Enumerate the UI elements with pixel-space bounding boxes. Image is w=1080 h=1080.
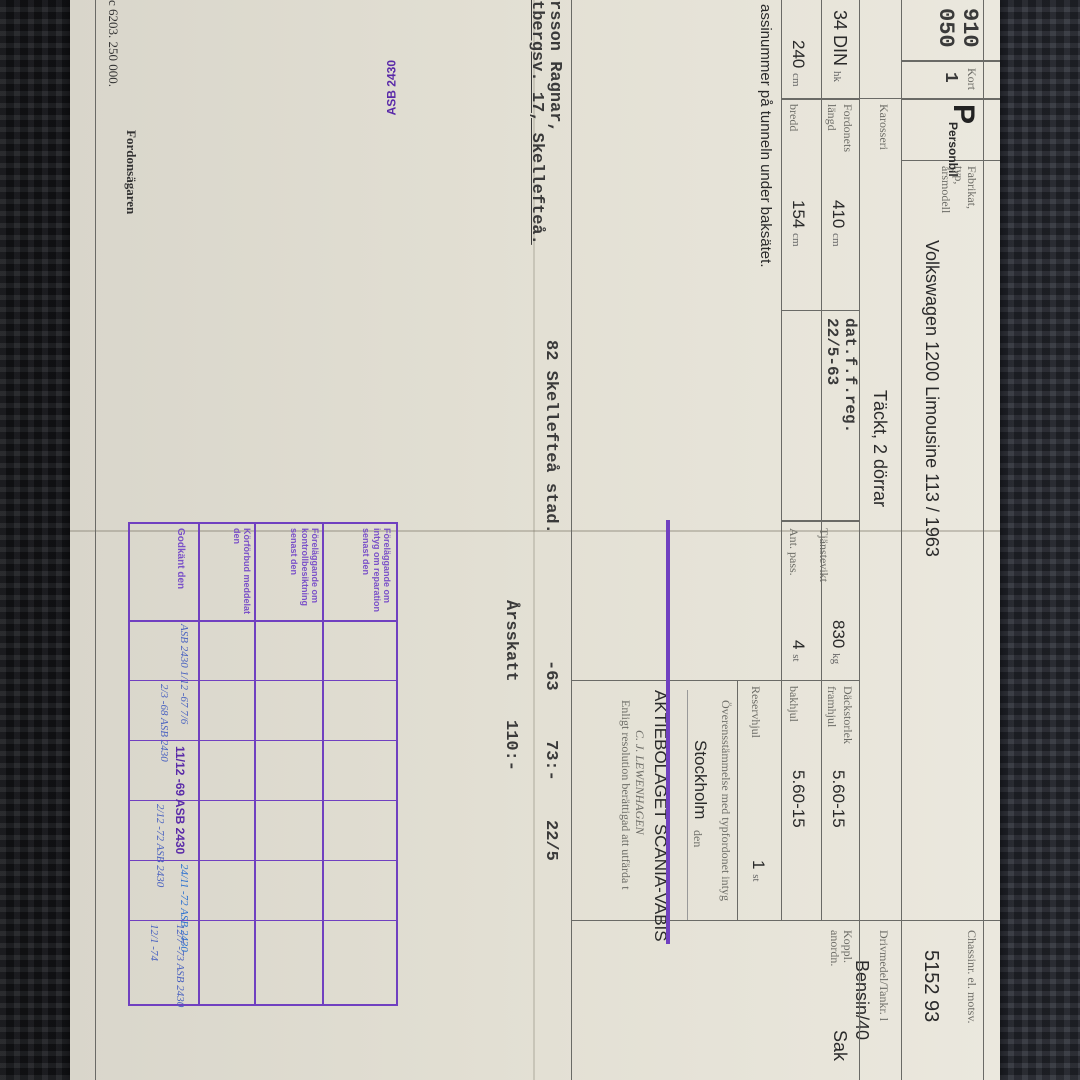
fabrikat-value: Volkswagen 1200 Limousine 113 / 1963 xyxy=(921,240,942,557)
signatory-value: C. J. LEWENHAGEN xyxy=(633,730,646,835)
reservhjul-unit: st xyxy=(750,874,762,881)
divider xyxy=(782,310,860,311)
reg-code-1: 910 xyxy=(958,8,980,48)
divider xyxy=(782,98,860,100)
divider xyxy=(572,920,902,921)
table-row-divider xyxy=(254,524,256,1004)
godkant-entry: 12/7 -73 ASB 2430 xyxy=(174,924,186,1007)
godkant-entry: 12/1 -74 xyxy=(148,924,160,961)
dackstorlek-label: Däckstorlek xyxy=(841,686,854,744)
godkant-entry: ASB 2430 1/12 -67 7/6 xyxy=(178,624,190,724)
karosseri-note-1: dat.f.f.reg. xyxy=(841,318,858,433)
bredd-label: bredd xyxy=(787,104,800,131)
langd-unit: cm xyxy=(830,233,842,246)
framhjul-label: framhjul xyxy=(825,686,838,727)
table-col-divider xyxy=(130,860,396,861)
divider xyxy=(902,920,1000,921)
drivmedel-label: Drivmedel/Tankr. l xyxy=(877,930,890,1021)
kort-label: Kort xyxy=(965,68,978,90)
reg-code-2: 050 xyxy=(934,8,956,48)
resolution-label: Enligt resolution berättigad att utfärda… xyxy=(619,700,632,890)
table-col-divider xyxy=(130,920,396,921)
axelavstand-value: 240 cm xyxy=(788,40,808,87)
table-col-divider xyxy=(130,620,396,622)
header-forelaggande-besiktning: Föreläggande om kontrollbesiktning senas… xyxy=(289,528,320,616)
langd-value: 410 cm xyxy=(828,200,848,247)
fordonsagaren-label: Fordonsägaren xyxy=(124,130,138,214)
divider xyxy=(859,920,860,1080)
ant-pass-unit: st xyxy=(790,654,802,661)
reservhjul-number: 1 xyxy=(749,860,768,869)
divider xyxy=(782,520,860,522)
table-row-divider xyxy=(322,524,324,1004)
inspection-table-placeholder xyxy=(666,520,670,944)
divider xyxy=(781,0,782,920)
power-unit: hk xyxy=(831,71,843,82)
karosseri-note-2: 22/5-63 xyxy=(823,318,840,385)
table-col-divider xyxy=(130,800,396,801)
kort-value: 1 xyxy=(940,72,960,83)
header-forelaggande-intyg: Föreläggande om intyg om reparation sena… xyxy=(361,528,392,616)
tjanstevikt-unit: kg xyxy=(830,653,842,664)
table-col-divider xyxy=(130,680,396,681)
reservhjul-label: Reservhjul xyxy=(749,686,762,738)
registration-document: 910 050 Kort 1 P Personbil Fabrikat, typ… xyxy=(70,0,1000,1080)
bredd-unit: cm xyxy=(790,233,802,246)
koppl-value: Sak xyxy=(829,1030,850,1061)
axelavstand-unit: cm xyxy=(790,73,802,86)
tjanstevikt-number: 830 xyxy=(829,620,848,648)
fee-date: 22/5 xyxy=(541,820,560,861)
framhjul-value: 5.60-15 xyxy=(828,770,848,828)
category-personbil: P xyxy=(946,104,980,124)
godkant-entry: 2/12 -72 ASB 2430 xyxy=(154,804,166,887)
city-value: Stockholm xyxy=(690,740,710,819)
divider xyxy=(902,98,1000,100)
owner-city-code: 82 Skellefteå stad. xyxy=(541,340,560,534)
divider xyxy=(572,680,782,681)
bredd-number: 154 xyxy=(789,200,808,228)
print-code: c 6203. 250 000. xyxy=(106,0,120,87)
koppl-label: Koppl. anordn. xyxy=(828,930,854,970)
axelavstand-number: 240 xyxy=(789,40,808,68)
bakhjul-label: bakhjul xyxy=(787,686,800,722)
divider xyxy=(571,0,572,1080)
asb-stamp: ASB 2430 xyxy=(385,60,398,115)
godkant-entry: 2/3 -68 ASB 2430 xyxy=(158,684,170,762)
divider xyxy=(983,0,984,1080)
arsskatt-label: Årsskatt xyxy=(501,600,520,682)
chassis-location-note: assinummer på tunneln under baksätet. xyxy=(757,4,774,268)
divider xyxy=(860,98,902,99)
divider xyxy=(859,0,860,1080)
divider xyxy=(782,680,860,681)
document-rotated: 910 050 Kort 1 P Personbil Fabrikat, typ… xyxy=(70,0,1000,1080)
divider xyxy=(737,680,738,920)
ant-pass-number: 4 xyxy=(789,640,808,649)
power-value: 34 DIN hk xyxy=(829,10,850,82)
overensstammelse-label: Överensstämmelse med typfordonet intyg xyxy=(719,700,732,901)
arsskatt-value: 110:- xyxy=(501,720,520,771)
header-korforbud: Körförbud meddelat den xyxy=(231,528,252,616)
fee-value: 73:- xyxy=(541,740,560,781)
divider xyxy=(821,0,822,920)
owner-address: tbergsv. 17, Skellefteå. xyxy=(527,0,546,245)
divider xyxy=(95,0,96,1080)
header-godkant: Godkänt den xyxy=(175,528,187,616)
reservhjul-value: 1 st xyxy=(748,860,768,882)
ant-pass-value: 4 st xyxy=(788,640,808,662)
langd-label: längd xyxy=(825,104,838,131)
power-number: 34 DIN xyxy=(830,10,850,66)
divider xyxy=(901,0,902,1080)
chassis-label: Chassinr. el. motsv. xyxy=(965,930,978,1024)
fabrikat-label: Fabrikat, typ, årsmodell xyxy=(938,166,978,226)
bakhjul-value: 5.60-15 xyxy=(788,770,808,828)
table-row-divider xyxy=(198,524,200,1004)
chassis-value: 5152 93 xyxy=(919,950,942,1022)
divider xyxy=(687,690,688,920)
godkant-entry: 11/12 -69 ASB 2430 xyxy=(173,746,186,854)
ant-pass-label: Ant. pass. xyxy=(787,528,800,576)
den-label: den xyxy=(691,830,704,847)
owner-name: rsson Ragnar, xyxy=(545,0,564,133)
tjanstevikt-value: 830 kg xyxy=(828,620,848,664)
drivmedel-value: Bensin/40 xyxy=(851,960,872,1040)
karosseri-value: Täckt, 2 dörrar xyxy=(869,390,890,507)
fordonets-label: Fordonets xyxy=(841,104,854,152)
bredd-value: 154 cm xyxy=(788,200,808,247)
inspection-table: Föreläggande om intyg om reparation sena… xyxy=(128,522,398,1006)
reg-year: -63 xyxy=(541,660,560,691)
tjanstevikt-label: Tjänstevikt xyxy=(817,528,830,582)
langd-number: 410 xyxy=(829,200,848,228)
divider xyxy=(902,60,1000,62)
karosseri-label: Karosseri xyxy=(877,104,890,150)
